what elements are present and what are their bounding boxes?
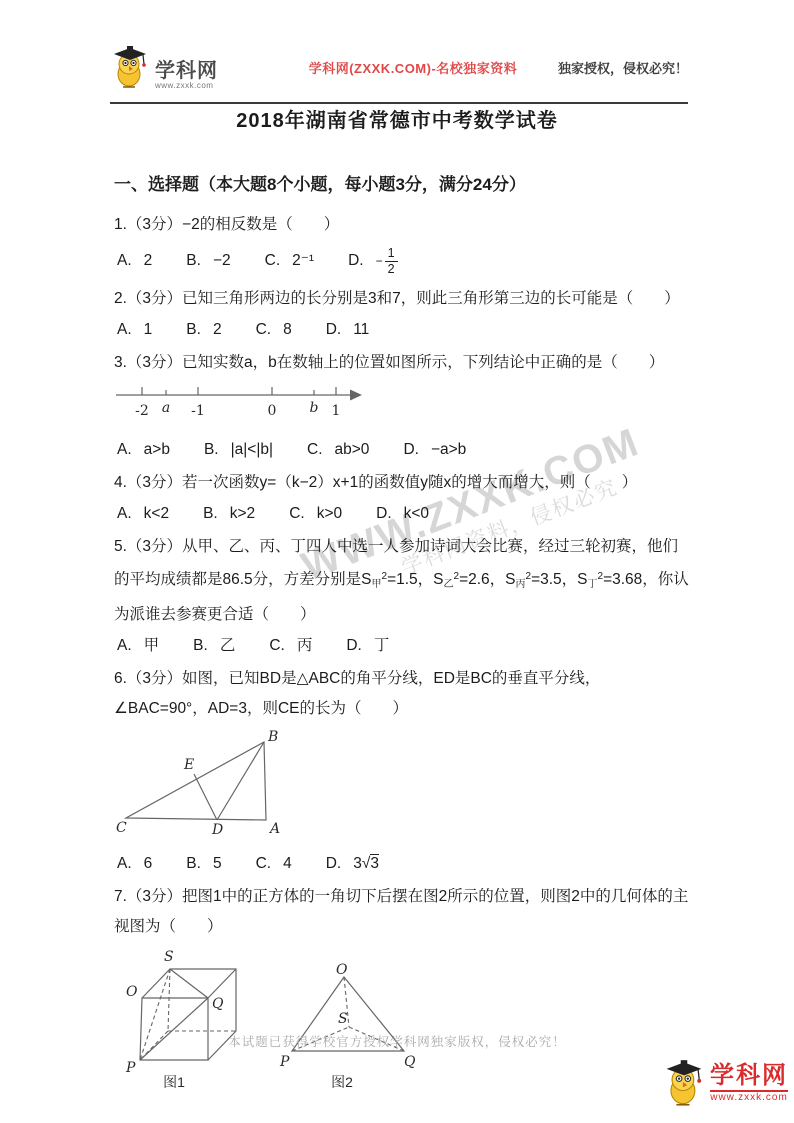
- tick-label: -1: [191, 403, 205, 419]
- option-a: A.2: [117, 246, 152, 276]
- cube-figure-2-svg: O S P Q 图2: [276, 963, 421, 1090]
- figure-1-caption: 图1: [163, 1074, 185, 1090]
- logo-name: 学科网: [155, 61, 218, 82]
- vertex-label-o: O: [336, 963, 348, 978]
- option-d: D. − 1 2: [348, 246, 397, 277]
- triangle-figure: B E C D A: [114, 728, 692, 847]
- page-title: 2018年湖南省常德市中考数学试卷: [0, 104, 794, 133]
- option-c: C.k>0: [289, 499, 342, 529]
- cube-figures: S O Q P 图1 O S P Q 图2: [120, 948, 692, 1090]
- option-d: D. 3√3: [326, 849, 379, 879]
- figure-2-caption: 图2: [331, 1074, 353, 1090]
- question-1-text: 1.（3分）−2的相反数是（ ）: [114, 210, 692, 240]
- tick-label: 0: [268, 403, 277, 419]
- vertex-label-e: E: [183, 757, 194, 773]
- vertex-label-s: S: [338, 1011, 348, 1027]
- vertex-label-q: Q: [404, 1054, 416, 1070]
- option-b: B.乙: [193, 631, 235, 661]
- option-d: D.k<0: [376, 499, 429, 529]
- question-3-options: A.a>b B.|a|<|b| C.ab>0 D.−a>b: [117, 435, 692, 465]
- question-7-text: 7.（3分）把图1中的正方体的一角切下后摆在图2所示的位置，则图2中的几何体的主…: [114, 882, 692, 942]
- option-a: A.k<2: [117, 499, 169, 529]
- question-4-options: A.k<2 B.k>2 C.k>0 D.k<0: [117, 499, 692, 529]
- question-5-text: 5.（3分）从甲、乙、丙、丁四人中选一人参加诗词大会比赛，经过三轮初赛，他们的平…: [114, 532, 692, 630]
- tick-label-b: b: [310, 400, 319, 416]
- option-b: B.5: [186, 849, 221, 879]
- option-c: C.丙: [269, 631, 312, 661]
- cube-figure-1-svg: S O Q P 图1: [120, 948, 250, 1090]
- vertex-label-s: S: [164, 949, 174, 965]
- question-2-text: 2.（3分）已知三角形两边的长分别是3和7，则此三角形第三边的长可能是（ ）: [114, 284, 692, 314]
- vertex-label-q: Q: [212, 996, 224, 1012]
- question-2-options: A.1 B.2 C.8 D.11: [117, 315, 692, 345]
- vertex-label-d: D: [211, 822, 223, 836]
- footer-copyright: 本试题已获得学校官方授权学科网独家版权，侵权必究！: [0, 1032, 794, 1050]
- option-a: A.a>b: [117, 435, 170, 465]
- question-3-text: 3.（3分）已知实数a，b在数轴上的位置如图所示，下列结论中正确的是（ ）: [114, 348, 692, 378]
- zxxk-mascot-icon: [110, 44, 150, 90]
- exam-content: 一、选择题（本大题8个小题，每小题3分，满分24分） 1.（3分）−2的相反数是…: [114, 170, 692, 1090]
- option-c: C.8: [256, 315, 292, 345]
- vertex-label-a: A: [268, 821, 280, 836]
- header-right-notice: 独家授权，侵权必究！: [558, 58, 688, 77]
- option-c: C.4: [256, 849, 292, 879]
- three-root-three: 3√3: [353, 849, 379, 879]
- bottom-logo-name: 学科网: [710, 1064, 788, 1088]
- option-a: A.1: [117, 315, 152, 345]
- option-b: B.k>2: [203, 499, 255, 529]
- number-line-figure: -2 a -1 0 b 1: [114, 382, 692, 433]
- bottom-logo-site: www.zxxk.com: [710, 1090, 788, 1103]
- tick-label-a: a: [162, 400, 170, 416]
- option-b: B.|a|<|b|: [204, 435, 273, 465]
- bottom-zxxk-logo: 学科网 www.zxxk.com: [662, 1058, 788, 1108]
- number-line-svg: -2 a -1 0 b 1: [114, 382, 364, 422]
- triangle-svg: B E C D A: [114, 728, 294, 836]
- question-5-options: A.甲 B.乙 C.丙 D.丁: [117, 631, 692, 661]
- question-1-options: A.2 B.−2 C.2⁻¹ D. − 1 2: [117, 241, 692, 281]
- exam-page: 学科网 www.zxxk.com 学科网(ZXXK.COM)-名校独家资料 独家…: [0, 0, 794, 1123]
- zxxk-logo: 学科网 www.zxxk.com: [110, 44, 268, 90]
- question-6-text: 6.（3分）如图，已知BD是△ABC的角平分线，ED是BC的垂直平分线，∠BAC…: [114, 664, 692, 724]
- negative-half-fraction: − 1 2: [376, 246, 398, 277]
- tick-label: -2: [135, 403, 149, 419]
- vertex-label-b: B: [267, 729, 278, 745]
- tick-label: 1: [332, 403, 341, 419]
- option-b: B.2: [186, 315, 221, 345]
- option-d: D.11: [326, 315, 370, 345]
- zxxk-mascot-icon: [662, 1058, 706, 1108]
- option-c: C.ab>0: [307, 435, 369, 465]
- vertex-label-p: P: [125, 1060, 136, 1076]
- logo-site: www.zxxk.com: [155, 82, 218, 90]
- question-4-text: 4.（3分）若一次函数y=（k−2）x+1的函数值y随x的增大而增大，则（ ）: [114, 468, 692, 498]
- vertex-label-c: C: [116, 820, 127, 836]
- option-a: A.甲: [117, 631, 159, 661]
- page-header: 学科网 www.zxxk.com 学科网(ZXXK.COM)-名校独家资料 独家…: [110, 44, 688, 104]
- option-c: C.2⁻¹: [265, 246, 314, 276]
- option-d: D.丁: [346, 631, 389, 661]
- section-heading: 一、选择题（本大题8个小题，每小题3分，满分24分）: [114, 170, 692, 200]
- option-a: A.6: [117, 849, 152, 879]
- option-b: B.−2: [186, 246, 230, 276]
- question-6-options: A.6 B.5 C.4 D. 3√3: [117, 849, 692, 879]
- vertex-label-o: O: [126, 984, 138, 1000]
- header-center-notice: 学科网(ZXXK.COM)-名校独家资料: [268, 58, 558, 77]
- vertex-label-p: P: [279, 1054, 290, 1070]
- option-d: D.−a>b: [403, 435, 466, 465]
